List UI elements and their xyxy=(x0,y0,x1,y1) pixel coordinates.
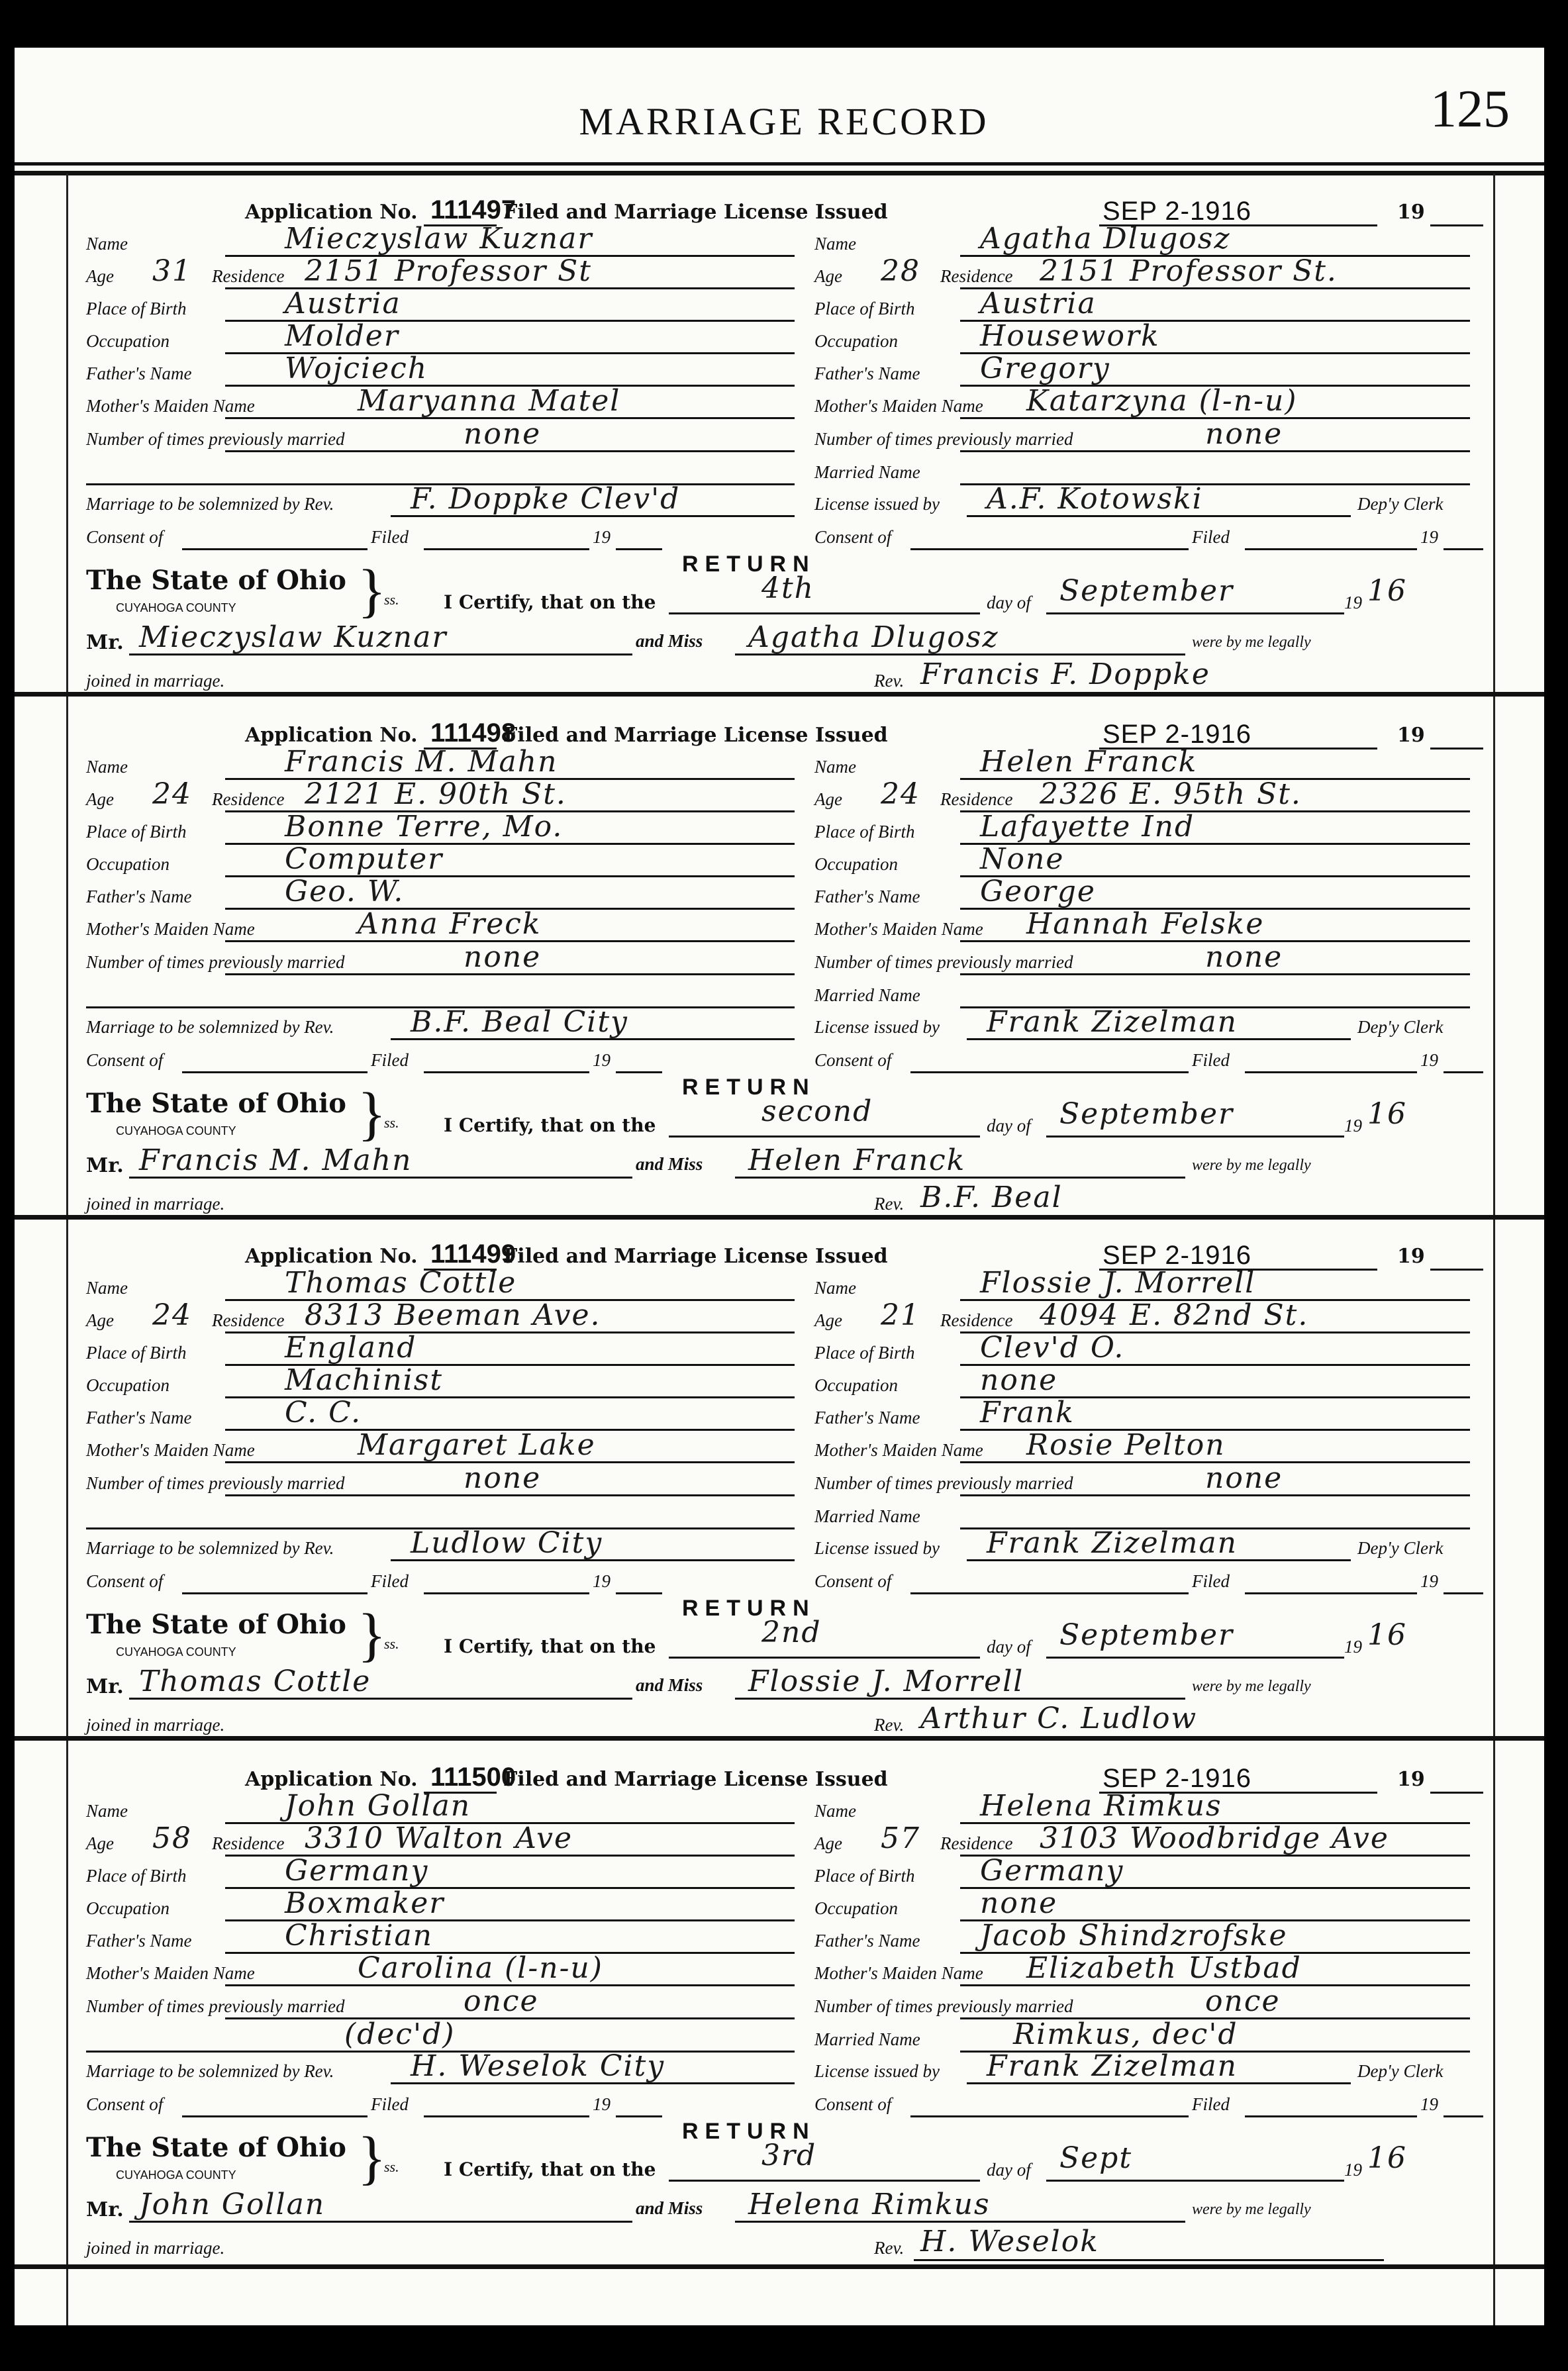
groom-consent-line xyxy=(182,548,367,550)
bride-consent-label: Consent of xyxy=(814,1050,891,1071)
return-groom: John Gollan xyxy=(139,2188,325,2221)
groom-filed-label: Filed xyxy=(371,1571,409,1592)
bride-consent-line xyxy=(910,1071,1189,1073)
groom-year-label: 19 xyxy=(593,527,611,548)
married-name-label: Married Name xyxy=(814,462,920,483)
return-year: 16 xyxy=(1367,1097,1407,1131)
mr-label: Mr. xyxy=(86,631,124,654)
ss-label: ss. xyxy=(384,1114,399,1132)
groom-times_married-label: Number of times previously married xyxy=(86,429,344,450)
groom-year-line xyxy=(616,548,662,550)
bride-year-line xyxy=(1444,1071,1483,1073)
groom-name-label: Name xyxy=(86,234,128,254)
state-of-ohio: The State of Ohio xyxy=(86,1088,346,1119)
bride-fathers_name-value: Frank xyxy=(980,1396,1075,1429)
groom-age-value: 58 xyxy=(152,1821,192,1855)
day-of-label: day of xyxy=(987,1116,1031,1136)
bride-fathers_name-value: George xyxy=(980,875,1096,908)
bride-filed-label: Filed xyxy=(1192,2094,1230,2115)
groom-mothers_maiden_name-label: Mother's Maiden Name xyxy=(86,396,255,416)
bride-fathers_name-label: Father's Name xyxy=(814,887,920,907)
groom-age-label: Age xyxy=(86,1310,114,1331)
mr-label: Mr. xyxy=(86,2198,124,2221)
bride-year-line xyxy=(1444,1592,1483,1594)
brace: } xyxy=(358,561,386,621)
right-border xyxy=(1493,173,1495,2325)
year-prefix: 19 xyxy=(1397,201,1425,224)
groom-mothers_maiden_name-value: Carolina (l-n-u) xyxy=(358,1951,603,1985)
and-miss-label: and Miss xyxy=(636,1154,703,1175)
state-of-ohio: The State of Ohio xyxy=(86,2132,346,2163)
filed-label: Filed and Marriage License Issued xyxy=(503,724,888,747)
filed-label: Filed and Marriage License Issued xyxy=(503,1245,888,1268)
bride-married-name: Rimkus, dec'd xyxy=(1013,2017,1238,2051)
return-groom: Francis M. Mahn xyxy=(139,1143,412,1177)
license-issued-label: License issued by xyxy=(814,494,940,514)
return-day: 2nd xyxy=(761,1616,822,1649)
return-year: 16 xyxy=(1367,2141,1407,2175)
license-issued-value: A.F. Kotowski xyxy=(987,482,1203,516)
legally-label: were by me legally xyxy=(1192,1678,1311,1696)
groom-residence-label: Residence xyxy=(212,1310,284,1331)
groom-place_of_birth-label: Place of Birth xyxy=(86,1866,186,1886)
bride-fathers_name-value: Jacob Shindzrofske xyxy=(980,1919,1287,1953)
return-groom: Thomas Cottle xyxy=(139,1665,371,1698)
bride-name-label: Name xyxy=(814,234,856,254)
bride-age-label: Age xyxy=(814,1310,842,1331)
license-issued-label: License issued by xyxy=(814,2061,940,2082)
rev-label: Rev. xyxy=(874,2238,904,2258)
bride-times_married-label: Number of times previously married xyxy=(814,429,1073,450)
bride-place_of_birth-label: Place of Birth xyxy=(814,1866,914,1886)
return-year-prefix: 19 xyxy=(1344,1637,1362,1657)
bride-residence-value: 2151 Professor St. xyxy=(1040,254,1338,288)
groom-age-label: Age xyxy=(86,1833,114,1854)
bride-age-value: 21 xyxy=(881,1298,920,1332)
year-prefix: 19 xyxy=(1397,724,1425,747)
rev-line xyxy=(914,2259,1384,2261)
bride-year-label: 19 xyxy=(1420,1571,1438,1592)
bride-year-label: 19 xyxy=(1420,1050,1438,1071)
groom-place_of_birth-label: Place of Birth xyxy=(86,822,186,842)
day-of-label: day of xyxy=(987,2160,1031,2180)
groom-consent-line xyxy=(182,1592,367,1594)
groom-fathers_name-value: Wojciech xyxy=(285,352,428,385)
ss-label: ss. xyxy=(384,591,399,608)
return-day-line xyxy=(669,2180,980,2182)
groom-times_married-value: none xyxy=(464,417,541,451)
bride-name-value: Helena Rimkus xyxy=(980,1789,1222,1823)
marriage-record: Application No.111499Filed and Marriage … xyxy=(66,1222,1493,1745)
filed-label: Filed and Marriage License Issued xyxy=(503,1768,888,1791)
bride-year-label: 19 xyxy=(1420,2094,1438,2115)
page-title: MARRIAGE RECORD xyxy=(0,99,1568,144)
application-label: Application No. xyxy=(245,1245,418,1268)
bride-occupation-value: Housework xyxy=(980,319,1160,353)
groom-occupation-label: Occupation xyxy=(86,331,170,352)
groom-residence-label: Residence xyxy=(212,789,284,810)
return-day: 3rd xyxy=(761,2139,816,2172)
return-month-line xyxy=(1046,2180,1344,2182)
bride-age-value: 57 xyxy=(881,1821,920,1855)
bride-consent-line xyxy=(910,1592,1189,1594)
record-divider xyxy=(15,2264,1544,2269)
bride-place_of_birth-value: Austria xyxy=(980,287,1097,320)
joined-label: joined in marriage. xyxy=(86,2238,224,2258)
return-month: September xyxy=(1059,1097,1234,1131)
groom-residence-label: Residence xyxy=(212,1833,284,1854)
legally-label: were by me legally xyxy=(1192,2201,1311,2219)
groom-consent-label: Consent of xyxy=(86,1571,163,1592)
bride-place_of_birth-value: Clev'd O. xyxy=(980,1331,1124,1365)
year-line xyxy=(1430,1269,1483,1271)
return-year: 16 xyxy=(1367,574,1407,608)
groom-name-value: Thomas Cottle xyxy=(285,1266,516,1300)
groom-year-label: 19 xyxy=(593,1571,611,1592)
groom-times_married-value: none xyxy=(464,940,541,974)
bride-occupation-value: None xyxy=(980,842,1064,876)
bride-occupation-value: none xyxy=(980,1886,1057,1920)
return-rev: Arthur C. Ludlow xyxy=(920,1702,1197,1735)
groom-place_of_birth-label: Place of Birth xyxy=(86,1343,186,1363)
groom-name-label: Name xyxy=(86,757,128,777)
groom-fathers_name-value: C. C. xyxy=(285,1396,362,1429)
county-label: CUYAHOGA COUNTY xyxy=(116,1124,236,1138)
bride-filed-label: Filed xyxy=(1192,1050,1230,1071)
groom-place_of_birth-value: Bonne Terre, Mo. xyxy=(285,810,563,844)
bride-fathers_name-value: Gregory xyxy=(980,352,1110,385)
return-day-line xyxy=(669,612,980,614)
groom-name-label: Name xyxy=(86,1801,128,1821)
certify-label: I Certify, that on the xyxy=(444,1114,656,1136)
groom-consent-label: Consent of xyxy=(86,2094,163,2115)
license-issued-label: License issued by xyxy=(814,1017,940,1038)
groom-fathers_name-label: Father's Name xyxy=(86,1408,192,1428)
bride-name-label: Name xyxy=(814,757,856,777)
married-name-label: Married Name xyxy=(814,1506,920,1527)
solemnized-label: Marriage to be solemnized by Rev. xyxy=(86,1017,334,1038)
mr-label: Mr. xyxy=(86,1675,124,1698)
bride-name-value: Helen Franck xyxy=(980,745,1197,779)
bride-place_of_birth-label: Place of Birth xyxy=(814,299,914,319)
bride-residence-value: 2326 E. 95th St. xyxy=(1040,777,1302,811)
return-bride: Agatha Dlugosz xyxy=(748,620,999,654)
groom-occupation-value: Machinist xyxy=(285,1363,443,1397)
groom-name-label: Name xyxy=(86,1278,128,1298)
rev-label: Rev. xyxy=(874,671,904,691)
groom-age-label: Age xyxy=(86,789,114,810)
groom-occupation-value: Molder xyxy=(285,319,399,353)
return-day-line xyxy=(669,1657,980,1659)
license-issued-value: Frank Zizelman xyxy=(987,1005,1238,1039)
return-groom: Mieczyslaw Kuznar xyxy=(139,620,447,654)
bride-fathers_name-label: Father's Name xyxy=(814,1931,920,1951)
brace: } xyxy=(358,2129,386,2188)
mr-label: Mr. xyxy=(86,1154,124,1177)
state-of-ohio: The State of Ohio xyxy=(86,1609,346,1640)
return-month: September xyxy=(1059,1618,1234,1652)
bride-mothers_maiden_name-label: Mother's Maiden Name xyxy=(814,919,983,940)
groom-residence-value: 2121 E. 90th St. xyxy=(305,777,567,811)
bride-mothers_maiden_name-label: Mother's Maiden Name xyxy=(814,1440,983,1461)
groom-mothers_maiden_name-label: Mother's Maiden Name xyxy=(86,919,255,940)
bride-residence-label: Residence xyxy=(940,1310,1012,1331)
groom-residence-value: 8313 Beeman Ave. xyxy=(305,1298,601,1332)
application-label: Application No. xyxy=(245,1768,418,1791)
county-label: CUYAHOGA COUNTY xyxy=(116,1645,236,1659)
marriage-record: Application No.111497Filed and Marriage … xyxy=(66,177,1493,701)
deputy-clerk-label: Dep'y Clerk xyxy=(1357,2061,1443,2082)
groom-occupation-value: Computer xyxy=(285,842,443,876)
bride-place_of_birth-label: Place of Birth xyxy=(814,822,914,842)
bride-fathers_name-label: Father's Name xyxy=(814,1408,920,1428)
ss-label: ss. xyxy=(384,1635,399,1653)
bride-name-label: Name xyxy=(814,1278,856,1298)
groom-age-value: 31 xyxy=(152,254,192,288)
record-divider xyxy=(15,692,1544,697)
bride-place_of_birth-value: Germany xyxy=(980,1854,1124,1888)
groom-residence-label: Residence xyxy=(212,266,284,287)
bride-occupation-label: Occupation xyxy=(814,1898,898,1919)
header-rule-top xyxy=(15,162,1544,166)
application-label: Application No. xyxy=(245,724,418,747)
bride-times_married-value: none xyxy=(1205,1461,1283,1495)
groom-year-line xyxy=(616,1071,662,1073)
record-divider xyxy=(15,1736,1544,1741)
deputy-clerk-label: Dep'y Clerk xyxy=(1357,1017,1443,1038)
groom-filed-label: Filed xyxy=(371,527,409,548)
return-year-prefix: 19 xyxy=(1344,1116,1362,1136)
bride-place_of_birth-label: Place of Birth xyxy=(814,1343,914,1363)
groom-filed-line xyxy=(424,2115,589,2117)
bride-mothers_maiden_name-label: Mother's Maiden Name xyxy=(814,1963,983,1984)
groom-mothers_maiden_name-value: Maryanna Matel xyxy=(358,384,620,418)
bride-consent-label: Consent of xyxy=(814,2094,891,2115)
groom-consent-line xyxy=(182,1071,367,1073)
return-month-line xyxy=(1046,1136,1344,1137)
record-divider xyxy=(15,1215,1544,1220)
groom-residence-value: 2151 Professor St xyxy=(305,254,592,288)
groom-age-value: 24 xyxy=(152,1298,192,1332)
bride-mothers_maiden_name-value: Hannah Felske xyxy=(1026,907,1264,941)
bride-mothers_maiden_name-value: Elizabeth Ustbad xyxy=(1026,1951,1302,1985)
bride-residence-label: Residence xyxy=(940,266,1012,287)
county-label: CUYAHOGA COUNTY xyxy=(116,2168,236,2182)
rev-label: Rev. xyxy=(874,1194,904,1214)
bride-filed-line xyxy=(1245,548,1417,550)
brace: } xyxy=(358,1606,386,1665)
groom-fathers_name-label: Father's Name xyxy=(86,1931,192,1951)
groom-year-line xyxy=(616,1592,662,1594)
groom-occupation-label: Occupation xyxy=(86,1898,170,1919)
header-rule-bottom xyxy=(15,171,1544,175)
groom-age-label: Age xyxy=(86,266,114,287)
bride-year-line xyxy=(1444,2115,1483,2117)
and-miss-label: and Miss xyxy=(636,2198,703,2219)
bride-consent-line xyxy=(910,548,1189,550)
bride-filed-label: Filed xyxy=(1192,1571,1230,1592)
groom-fathers_name-value: Christian xyxy=(285,1919,433,1953)
bride-age-label: Age xyxy=(814,1833,842,1854)
year-prefix: 19 xyxy=(1397,1245,1425,1268)
groom-prior-note: (dec'd) xyxy=(344,2017,455,2051)
return-bride: Flossie J. Morrell xyxy=(748,1665,1024,1698)
bride-residence-value: 4094 E. 82nd St. xyxy=(1040,1298,1308,1332)
return-rev: B.F. Beal xyxy=(920,1181,1063,1214)
certify-label: I Certify, that on the xyxy=(444,591,656,613)
return-day: 4th xyxy=(761,571,814,605)
bride-age-value: 28 xyxy=(881,254,920,288)
year-line xyxy=(1430,224,1483,226)
groom-place_of_birth-value: England xyxy=(285,1331,416,1365)
return-year-prefix: 19 xyxy=(1344,593,1362,613)
bride-residence-label: Residence xyxy=(940,1833,1012,1854)
groom-filed-line xyxy=(424,1071,589,1073)
return-year-prefix: 19 xyxy=(1344,2160,1362,2180)
groom-mothers_maiden_name-label: Mother's Maiden Name xyxy=(86,1963,255,1984)
return-bride: Helen Franck xyxy=(748,1143,965,1177)
return-month: September xyxy=(1059,574,1234,608)
application-label: Application No. xyxy=(245,201,418,224)
bride-name-value: Flossie J. Morrell xyxy=(980,1266,1255,1300)
bride-times_married-value: none xyxy=(1205,940,1283,974)
bride-year-line xyxy=(1444,548,1483,550)
bride-occupation-label: Occupation xyxy=(814,854,898,875)
bride-times_married-label: Number of times previously married xyxy=(814,1473,1073,1494)
return-month: Sept xyxy=(1059,2141,1132,2175)
license-issued-label: License issued by xyxy=(814,1538,940,1559)
certify-label: I Certify, that on the xyxy=(444,1635,656,1657)
groom-year-line xyxy=(616,2115,662,2117)
return-rev: Francis F. Doppke xyxy=(920,657,1210,691)
groom-fathers_name-value: Geo. W. xyxy=(285,875,404,908)
certify-label: I Certify, that on the xyxy=(444,2158,656,2180)
filed-label: Filed and Marriage License Issued xyxy=(503,201,888,224)
bride-name-value: Agatha Dlugosz xyxy=(980,222,1231,256)
bride-consent-label: Consent of xyxy=(814,1571,891,1592)
return-year: 16 xyxy=(1367,1618,1407,1652)
ss-label: ss. xyxy=(384,2158,399,2176)
brace: } xyxy=(358,1085,386,1144)
married-name-label: Married Name xyxy=(814,985,920,1006)
bride-occupation-label: Occupation xyxy=(814,331,898,352)
bride-place_of_birth-value: Lafayette Ind xyxy=(980,810,1195,844)
bride-filed-line xyxy=(1245,1592,1417,1594)
groom-fathers_name-label: Father's Name xyxy=(86,887,192,907)
married-name-label: Married Name xyxy=(814,2029,920,2050)
groom-filed-label: Filed xyxy=(371,1050,409,1071)
return-month-line xyxy=(1046,1657,1344,1659)
bride-age-value: 24 xyxy=(881,777,920,811)
rev-label: Rev. xyxy=(874,1715,904,1735)
county-label: CUYAHOGA COUNTY xyxy=(116,601,236,615)
bride-name-label: Name xyxy=(814,1801,856,1821)
return-month-line xyxy=(1046,612,1344,614)
groom-times_married-label: Number of times previously married xyxy=(86,1996,344,2017)
groom-consent-label: Consent of xyxy=(86,1050,163,1071)
joined-label: joined in marriage. xyxy=(86,1715,224,1735)
deputy-clerk-label: Dep'y Clerk xyxy=(1357,1538,1443,1559)
groom-filed-line xyxy=(424,1592,589,1594)
groom-times_married-label: Number of times previously married xyxy=(86,1473,344,1494)
marriage-record: Application No.111498Filed and Marriage … xyxy=(66,701,1493,1224)
deputy-clerk-label: Dep'y Clerk xyxy=(1357,494,1443,514)
groom-mothers_maiden_name-value: Margaret Lake xyxy=(358,1428,596,1462)
bride-consent-label: Consent of xyxy=(814,527,891,548)
solemnized-label: Marriage to be solemnized by Rev. xyxy=(86,1538,334,1559)
year-line xyxy=(1430,748,1483,750)
bride-occupation-value: none xyxy=(980,1363,1057,1397)
page-number: 125 xyxy=(1430,79,1510,140)
joined-label: joined in marriage. xyxy=(86,671,224,691)
groom-year-label: 19 xyxy=(593,2094,611,2115)
return-day-line xyxy=(669,1136,980,1137)
groom-occupation-label: Occupation xyxy=(86,1375,170,1396)
groom-filed-line xyxy=(424,548,589,550)
bride-mothers_maiden_name-label: Mother's Maiden Name xyxy=(814,396,983,416)
day-of-label: day of xyxy=(987,593,1031,613)
marriage-record: Application No.111500Filed and Marriage … xyxy=(66,1745,1493,2268)
bride-residence-value: 3103 Woodbridge Ave xyxy=(1040,1821,1389,1855)
groom-mothers_maiden_name-label: Mother's Maiden Name xyxy=(86,1440,255,1461)
bride-year-label: 19 xyxy=(1420,527,1438,548)
bride-times_married-value: once xyxy=(1205,1984,1281,2018)
return-day: second xyxy=(761,1094,873,1128)
groom-residence-value: 3310 Walton Ave xyxy=(305,1821,573,1855)
solemnized-value: F. Doppke Clev'd xyxy=(411,482,680,516)
groom-name-value: John Gollan xyxy=(285,1789,471,1823)
groom-name-value: Mieczyslaw Kuznar xyxy=(285,222,593,256)
bride-consent-line xyxy=(910,2115,1189,2117)
solemnized-value: H. Weselok City xyxy=(411,2049,665,2083)
groom-place_of_birth-value: Austria xyxy=(285,287,401,320)
groom-consent-label: Consent of xyxy=(86,527,163,548)
groom-occupation-label: Occupation xyxy=(86,854,170,875)
solemnized-value: B.F. Beal City xyxy=(411,1005,628,1039)
bride-residence-label: Residence xyxy=(940,789,1012,810)
license-issued-value: Frank Zizelman xyxy=(987,2049,1238,2083)
joined-label: joined in marriage. xyxy=(86,1194,224,1214)
groom-place_of_birth-label: Place of Birth xyxy=(86,299,186,319)
groom-consent-line xyxy=(182,2115,367,2117)
groom-times_married-label: Number of times previously married xyxy=(86,952,344,973)
legally-label: were by me legally xyxy=(1192,634,1311,652)
groom-occupation-value: Boxmaker xyxy=(285,1886,444,1920)
groom-times_married-value: none xyxy=(464,1461,541,1495)
bride-times_married-value: none xyxy=(1205,417,1283,451)
bride-filed-line xyxy=(1245,2115,1417,2117)
bride-mothers_maiden_name-value: Rosie Pelton xyxy=(1026,1428,1226,1462)
and-miss-label: and Miss xyxy=(636,631,703,652)
year-line xyxy=(1430,1792,1483,1794)
groom-filed-label: Filed xyxy=(371,2094,409,2115)
year-prefix: 19 xyxy=(1397,1768,1425,1791)
and-miss-label: and Miss xyxy=(636,1675,703,1696)
return-rev: H. Weselok xyxy=(920,2225,1099,2258)
groom-times_married-value: once xyxy=(464,1984,539,2018)
bride-mothers_maiden_name-value: Katarzyna (l-n-u) xyxy=(1026,384,1297,418)
bride-age-label: Age xyxy=(814,789,842,810)
groom-place_of_birth-value: Germany xyxy=(285,1854,428,1888)
bride-age-label: Age xyxy=(814,266,842,287)
license-issued-value: Frank Zizelman xyxy=(987,1526,1238,1560)
bride-times_married-label: Number of times previously married xyxy=(814,1996,1073,2017)
bride-filed-line xyxy=(1245,1071,1417,1073)
groom-name-value: Francis M. Mahn xyxy=(285,745,558,779)
solemnized-label: Marriage to be solemnized by Rev. xyxy=(86,494,334,514)
bride-fathers_name-label: Father's Name xyxy=(814,363,920,384)
day-of-label: day of xyxy=(987,1637,1031,1657)
